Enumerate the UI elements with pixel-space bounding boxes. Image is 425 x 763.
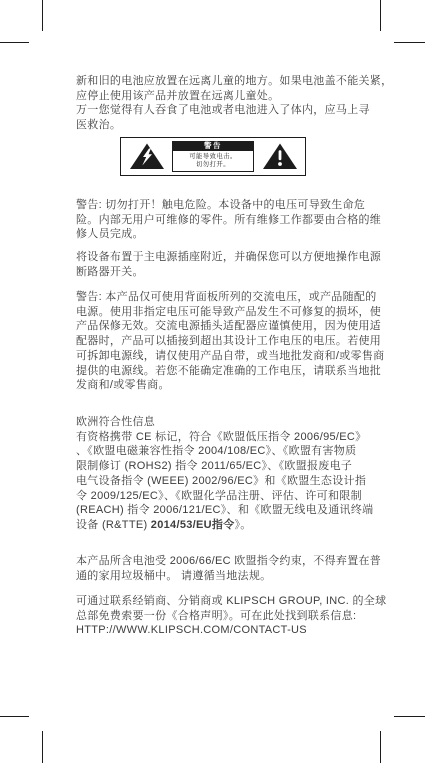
voltage-warning: 警告: 本产品仅可使用背面板所列的交流电压，或产品随配的电源。使用非指定电压可能… <box>76 290 384 393</box>
document-page: 新和旧的电池应放置在远离儿童的地方。如果电池盖不能关紧，应停止使用该产品并放置在… <box>0 0 425 763</box>
exclamation-triangle-icon <box>262 143 298 170</box>
do-not-open-warning: 警告: 切勿打开！触电危险。本设备中的电压可导致生命危险。内部无用户可维修的零件… <box>76 198 381 242</box>
text-line: 欧洲符合性信息 <box>76 415 373 430</box>
text-line: 设备 (R&TTE) 2014/53/EU指令》。 <box>76 518 373 533</box>
warning-body: 可能导致电击。 切勿打开。 <box>172 151 254 172</box>
text-line: 本产品所含电池受 2006/66/EC 欧盟指令约束，不得弃置在普 <box>76 554 381 569</box>
text-line: 令 2009/125/EC》、《欧盟化学品注册、评估、许可和限制 <box>76 489 373 504</box>
text-line: 万一您觉得有人吞食了电池或者电池进入了体内，应马上寻 <box>76 103 392 118</box>
shock-warning-label: 警告 可能导致电击。 切勿打开。 <box>120 137 306 176</box>
lightning-bolt-triangle-icon <box>129 143 165 170</box>
text-line: 医救治。 <box>76 118 392 133</box>
contact-info: 可通过联系经销商、分销商或 KLIPSCH GROUP, INC. 的全球总部免… <box>76 594 386 638</box>
text-line: 发商和/或零售商。 <box>76 378 384 393</box>
text-line: 应停止使用该产品并放置在远离儿童处。 <box>76 89 392 104</box>
text-line: 通的家用垃圾桶中。 请遵循当地法规。 <box>76 569 381 584</box>
text-line: 将设备布置于主电源插座附近，并确保您可以方便地操作电源 <box>76 250 381 265</box>
text-line: HTTP://WWW.KLIPSCH.COM/CONTACT-US <box>76 623 386 638</box>
text-line: 产品保修无效。交流电源插头适配器应谨慎使用，因为使用适 <box>76 319 384 334</box>
text-line: 提供的电源线。若您不能确定准确的工作电压，请联系当地批 <box>76 364 384 379</box>
eu-compliance-info: 欧洲符合性信息有资格携带 CE 标记，符合《欧盟低压指令 2006/95/EC》… <box>76 415 373 533</box>
text-line: 警告: 切勿打开！触电危险。本设备中的电压可导致生命危 <box>76 198 381 213</box>
text-line: 、《欧盟电磁兼容性指令 2004/108/EC》、《欧盟有害物质 <box>76 444 373 459</box>
text-column: 新和旧的电池应放置在远离儿童的地方。如果电池盖不能关紧，应停止使用该产品并放置在… <box>0 0 425 763</box>
text-line: 警告: 本产品仅可使用背面板所列的交流电压，或产品随配的 <box>76 290 384 305</box>
battery-directive-note: 本产品所含电池受 2006/66/EC 欧盟指令约束，不得弃置在普通的家用垃圾桶… <box>76 554 381 583</box>
text-line: 电源。使用非指定电压可能导致产品发生不可修复的损坏，使 <box>76 305 384 320</box>
text-line: (REACH) 指令 2006/121/EC》、和《欧盟无线电及通讯终端 <box>76 503 373 518</box>
warning-body-line2: 切勿打开。 <box>173 161 253 169</box>
text-line: 总部免费索要一份《合格声明》。可在此处找到联系信息: <box>76 609 386 624</box>
text-line: 限制修订 (ROHS2) 指令 2011/65/EC》、《欧盟报废电子 <box>76 459 373 474</box>
text-line: 配器时，产品可以插接到超出其设计工作电压的电压。若使用 <box>76 334 384 349</box>
warning-title: 警告 <box>172 141 254 151</box>
warning-label-center: 警告 可能导致电击。 切勿打开。 <box>172 141 254 172</box>
text-line: 电气设备指令 (WEEE) 2002/96/EC》和《欧盟生态设计指 <box>76 474 373 489</box>
battery-children-warning: 新和旧的电池应放置在远离儿童的地方。如果电池盖不能关紧，应停止使用该产品并放置在… <box>76 74 392 133</box>
text-line: 修人员完成。 <box>76 227 381 242</box>
text-line: 险。内部无用户可维修的零件。所有维修工作都要由合格的维 <box>76 213 381 228</box>
text-line: 有资格携带 CE 标记，符合《欧盟低压指令 2006/95/EC》 <box>76 430 373 445</box>
text-line: 断路器开关。 <box>76 265 381 280</box>
text-line: 新和旧的电池应放置在远离儿童的地方。如果电池盖不能关紧， <box>76 74 392 89</box>
mains-disconnect-note: 将设备布置于主电源插座附近，并确保您可以方便地操作电源断路器开关。 <box>76 250 381 279</box>
warning-body-line1: 可能导致电击。 <box>173 153 253 161</box>
text-line: 可拆卸电源线，请仅使用产品自带，或当地批发商和/或零售商 <box>76 349 384 364</box>
text-line: 可通过联系经销商、分销商或 KLIPSCH GROUP, INC. 的全球 <box>76 594 386 609</box>
